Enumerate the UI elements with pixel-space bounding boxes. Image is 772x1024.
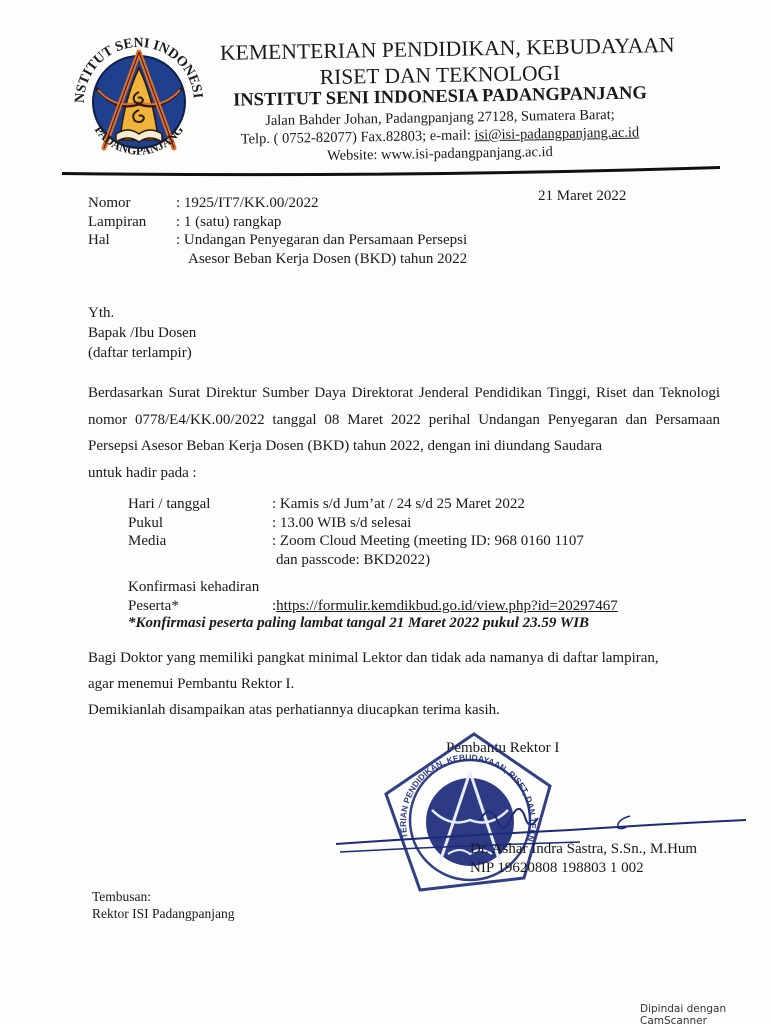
- detail-row-media: Media : Zoom Cloud Meeting (meeting ID: …: [128, 532, 584, 551]
- attendance-confirmation: Konfirmasi kehadiran Peserta* : https://…: [128, 578, 618, 616]
- institute-logo-icon: INSTITUT SENI INDONESIA PADANGPANJANG: [66, 30, 212, 170]
- carbon-copy: Tembusan: Rektor ISI Padangpanjang: [92, 888, 234, 922]
- letterhead-divider: [62, 162, 720, 178]
- detail-row-time: Pukul : 13.00 WIB s/d selesai: [128, 514, 584, 533]
- confirmation-deadline-note: *Konfirmasi peserta paling lambat tangal…: [128, 615, 589, 632]
- meta-row-attachment: Lampiran : 1 (satu) rangkap: [88, 213, 506, 232]
- signatory-nip: NIP 19620808 198803 1 002: [470, 859, 697, 878]
- scanned-letter: INSTITUT SENI INDONESIA PADANGPANJANG KE…: [0, 0, 772, 1024]
- email-link[interactable]: isi@isi-padangpanjang.ac.id: [474, 125, 639, 144]
- signatory: Dr. Ashar Indra Sastra, S.Sn., M.Hum NIP…: [470, 840, 697, 878]
- event-details: Hari / tanggal : Kamis s/d Jum’at / 24 s…: [128, 495, 584, 569]
- letter-meta: Nomor : 1925/IT7/KK.00/2022 Lampiran : 1…: [88, 194, 506, 268]
- scanner-watermark: Dipindai dengan CamScanner: [640, 1003, 772, 1024]
- detail-row-date: Hari / tanggal : Kamis s/d Jum’at / 24 s…: [128, 495, 584, 514]
- closing-text: Bagi Doktor yang memiliki pangkat minima…: [88, 645, 659, 723]
- meta-subject-continuation: Asesor Beban Kerja Dosen (BKD) tahun 202…: [88, 250, 506, 269]
- confirmation-form-link[interactable]: https://formulir.kemdikbud.go.id/view.ph…: [276, 597, 618, 616]
- signatory-name: Dr. Ashar Indra Sastra, S.Sn., M.Hum: [470, 840, 697, 859]
- addressee: Yth. Bapak /Ibu Dosen (daftar terlampir): [88, 303, 196, 363]
- meta-row-number: Nomor : 1925/IT7/KK.00/2022: [88, 194, 506, 213]
- letter-date: 21 Maret 2022: [538, 188, 626, 205]
- body-paragraph: Berdasarkan Surat Direktur Sumber Daya D…: [88, 380, 720, 486]
- meta-row-subject: Hal : Undangan Penyegaran dan Persamaan …: [88, 231, 506, 250]
- cc-item: Rektor ISI Padangpanjang: [92, 905, 234, 922]
- detail-media-continuation: dan passcode: BKD2022): [128, 551, 584, 570]
